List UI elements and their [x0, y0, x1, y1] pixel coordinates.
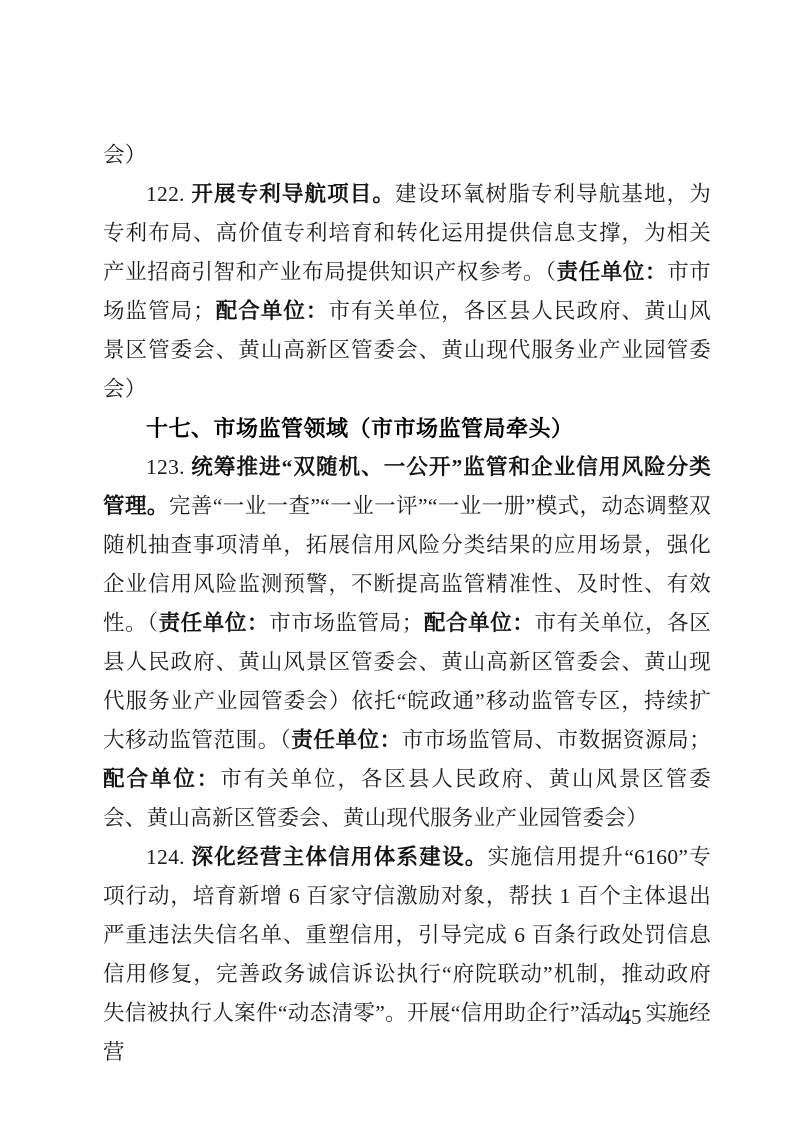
item-number: 122. [146, 182, 191, 206]
section-heading-17: 十七、市场监管领域（市市场监管局牵头） [103, 409, 711, 448]
unit-label: 配合单位： [103, 767, 220, 791]
page-number: — 45 — [556, 1002, 706, 1032]
body-text: 会） [103, 143, 147, 167]
item-123: 123. 统筹推进“双随机、一公开”监管和企业信用风险分类管理。完善“一业一查”… [103, 448, 711, 838]
unit-label: 责任单位： [291, 728, 402, 752]
document-page: 会）122. 开展专利导航项目。建设环氧树脂专利导航基地，为专利布局、高价值专利… [0, 0, 793, 1122]
continuation-paragraph: 会） [103, 136, 711, 175]
item-number: 123. [146, 455, 191, 479]
body-text: 市市场监管局、市数据资源局； [402, 728, 711, 752]
body-text: 十七、市场监管领域（市市场监管局牵头） [146, 416, 574, 441]
unit-label: 配合单位： [215, 299, 328, 323]
page-number-value: 45 [621, 1002, 642, 1032]
unit-label: 责任单位： [159, 611, 270, 635]
item-122: 122. 开展专利导航项目。建设环氧树脂专利导航基地，为专利布局、高价值专利培育… [103, 175, 711, 409]
page-number-right-dash: — [657, 1002, 676, 1032]
item-number: 124. [146, 845, 191, 869]
item-title: 开展专利导航项目。 [191, 182, 395, 206]
item-title: 深化经营主体信用体系建设。 [191, 845, 487, 869]
page-number-left-dash: — [587, 1002, 606, 1032]
document-body: 会）122. 开展专利导航项目。建设环氧树脂专利导航基地，为专利布局、高价值专利… [103, 136, 711, 1072]
body-text: 市市场监管局； [269, 611, 423, 635]
unit-label: 配合单位： [424, 611, 535, 635]
item-124: 124. 深化经营主体信用体系建设。实施信用提升“6160”专项行动，培育新增 … [103, 838, 711, 1072]
unit-label: 责任单位： [557, 260, 668, 284]
